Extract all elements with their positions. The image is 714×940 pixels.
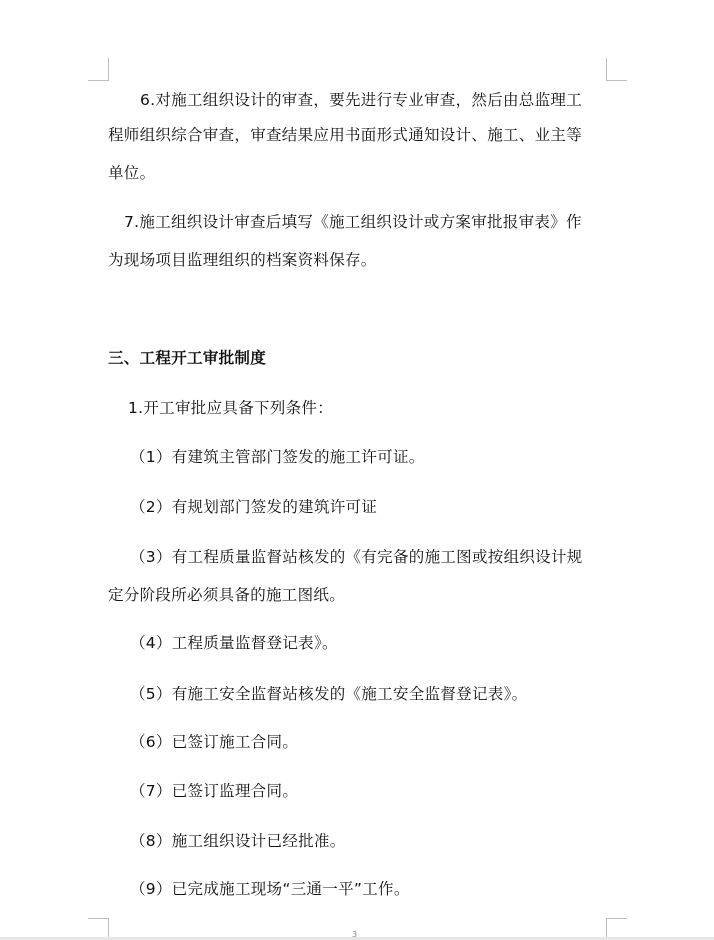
condition-4: （4）工程质量监督登记表》。 — [130, 633, 338, 653]
corner-mark-top-right — [606, 58, 627, 81]
condition-3-line-2: 定分阶段所必须具备的施工图纸。 — [108, 585, 345, 605]
paragraph-6-line-1: 6.对施工组织设计的审查，要先进行专业审查，然后由总监理工 — [140, 90, 582, 110]
paragraph-7-line-1: 7.施工组织设计审查后填写《施工组织设计或方案审批报审表》作 — [124, 212, 582, 232]
condition-3-line-1: （3）有工程质量监督站核发的《有完备的施工图或按组织设计规 — [130, 547, 583, 567]
section-heading: 三、工程开工审批制度 — [108, 348, 266, 368]
paragraph-6-line-2: 程师组织综合审查，审查结果应用书面形式通知设计、施工、业主等 — [108, 125, 582, 145]
corner-mark-top-left — [88, 58, 109, 81]
condition-1: （1）有建筑主管部门签发的施工许可证。 — [130, 447, 425, 467]
list-item-1: 1.开工审批应具备下列条件： — [128, 398, 333, 418]
condition-9: （9）已完成施工现场“三通一平”工作。 — [130, 879, 410, 899]
condition-5: （5）有施工安全监督站核发的《施工安全监督登记表》。 — [130, 684, 527, 704]
condition-2: （2）有规划部门签发的建筑许可证 — [130, 497, 377, 517]
paragraph-7-line-2: 为现场项目监理组织的档案资料保存。 — [108, 250, 377, 270]
paragraph-6-line-3: 单位。 — [108, 163, 155, 183]
condition-7: （7）已签订监理合同。 — [130, 781, 298, 801]
condition-8: （8）施工组织设计已经批准。 — [130, 831, 346, 851]
condition-6: （6）已签订施工合同。 — [130, 732, 298, 752]
